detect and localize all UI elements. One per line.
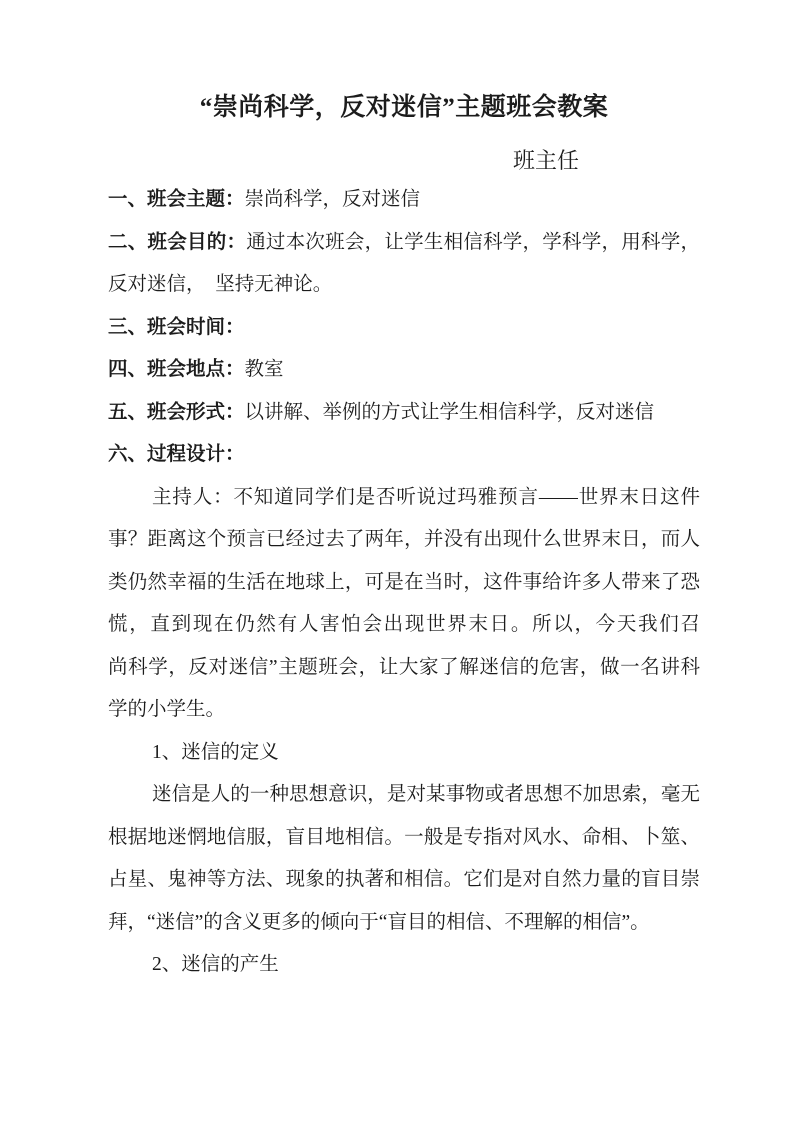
byline: 班主任 <box>108 143 700 179</box>
document-page: “崇尚科学，反对迷信”主题班会教案 班主任 一、班会主题：崇尚科学，反对迷信二、… <box>0 0 793 1122</box>
text-line: 拜，“迷信”的含义更多的倾向于“盲目的相信、不理解的相信”。 <box>108 902 700 945</box>
line-text: 以讲解、举例的方式让学生相信科学，反对迷信 <box>245 402 655 423</box>
text-line: 事？距离这个预言已经过去了两年，并没有出现什么世界末日，而人 <box>108 519 700 562</box>
body-lines: 一、班会主题：崇尚科学，反对迷信二、班会目的：通过本次班会，让学生相信科学，学科… <box>108 179 700 987</box>
line-text: 拜，“迷信”的含义更多的倾向于“盲目的相信、不理解的相信”。 <box>108 912 650 933</box>
text-line: 学的小学生。 <box>108 689 700 732</box>
text-line: 根据地迷惘地信服，盲目地相信。一般是专指对风水、命相、卜筮、 <box>108 817 700 860</box>
document-title: “崇尚科学，反对迷信”主题班会教案 <box>108 88 700 128</box>
line-text: 主持人：不知道同学们是否听说过玛雅预言——世界末日这件 <box>152 487 700 508</box>
line-text: 教室 <box>245 359 284 380</box>
line-label: 一、班会主题： <box>108 189 245 210</box>
line-text: 类仍然幸福的生活在地球上，可是在当时，这件事给许多人带来了恐 <box>108 572 700 593</box>
line-text: 2、迷信的产生 <box>152 954 279 975</box>
document-content: “崇尚科学，反对迷信”主题班会教案 班主任 一、班会主题：崇尚科学，反对迷信二、… <box>108 88 700 987</box>
text-line: 五、班会形式：以讲解、举例的方式让学生相信科学，反对迷信 <box>108 392 700 435</box>
text-line: 一、班会主题：崇尚科学，反对迷信 <box>108 179 700 222</box>
line-text: 反对迷信， 坚持无神论。 <box>108 274 332 295</box>
text-line: 慌，直到现在仍然有人害怕会出现世界末日。所以，今天我们召开“崇 <box>108 604 700 647</box>
line-text: 1、迷信的定义 <box>152 742 279 763</box>
text-line: 反对迷信， 坚持无神论。 <box>108 264 700 307</box>
line-text: 通过本次班会，让学生相信科学，学科学，用科学， <box>246 232 700 253</box>
line-label: 四、班会地点： <box>108 359 245 380</box>
line-text: 崇尚科学，反对迷信 <box>245 189 421 210</box>
line-label: 三、班会时间： <box>108 317 245 338</box>
text-line: 尚科学，反对迷信”主题班会，让大家了解迷信的危害，做一名讲科 <box>108 647 700 690</box>
line-label: 五、班会形式： <box>108 402 245 423</box>
text-line: 1、迷信的定义 <box>108 732 700 775</box>
line-text: 尚科学，反对迷信”主题班会，让大家了解迷信的危害，做一名讲科 <box>108 657 700 678</box>
text-line: 六、过程设计： <box>108 434 700 477</box>
line-text: 占星、鬼神等方法、现象的执著和相信。它们是对自然力量的盲目崇 <box>108 869 700 890</box>
text-line: 二、班会目的：通过本次班会，让学生相信科学，学科学，用科学， <box>108 222 700 265</box>
line-text: 慌，直到现在仍然有人害怕会出现世界末日。所以，今天我们召开“崇 <box>108 614 700 647</box>
line-label: 二、班会目的： <box>108 232 246 253</box>
line-label: 六、过程设计： <box>108 444 245 465</box>
text-line: 四、班会地点：教室 <box>108 349 700 392</box>
text-line: 主持人：不知道同学们是否听说过玛雅预言——世界末日这件 <box>108 477 700 520</box>
line-text: 学的小学生。 <box>108 699 225 720</box>
text-line: 2、迷信的产生 <box>108 944 700 987</box>
text-line: 三、班会时间： <box>108 307 700 350</box>
text-line: 类仍然幸福的生活在地球上，可是在当时，这件事给许多人带来了恐 <box>108 562 700 605</box>
text-line: 迷信是人的一种思想意识，是对某事物或者思想不加思索，毫无 <box>108 774 700 817</box>
text-line: 占星、鬼神等方法、现象的执著和相信。它们是对自然力量的盲目崇 <box>108 859 700 902</box>
line-text: 根据地迷惘地信服，盲目地相信。一般是专指对风水、命相、卜筮、 <box>108 827 700 848</box>
line-text: 事？距离这个预言已经过去了两年，并没有出现什么世界末日，而人 <box>108 529 700 550</box>
line-text: 迷信是人的一种思想意识，是对某事物或者思想不加思索，毫无 <box>152 784 700 805</box>
